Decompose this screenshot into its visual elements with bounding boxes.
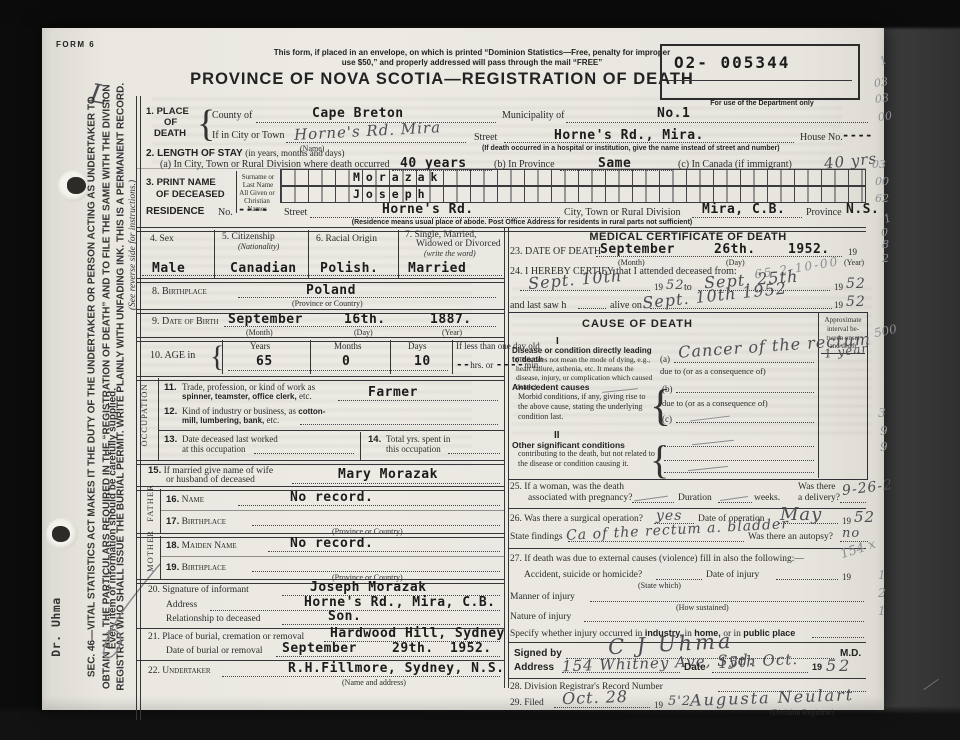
f4-title: Sex	[160, 234, 174, 244]
f9-no: 9.	[152, 316, 160, 327]
f3-surname-label: Surname or Last Name	[240, 173, 276, 189]
f10-hrs-label: hrs. or	[470, 360, 493, 370]
f8-title: Birthplace	[162, 286, 207, 297]
f20-address: Horne's Rd., Mira, C.B.	[304, 595, 496, 610]
f9-month: September	[228, 312, 303, 327]
f29-label: 29. Filed	[510, 698, 544, 708]
department-note: For use of the Department only	[682, 100, 842, 107]
f25-line1: If a woman, was the death	[524, 482, 624, 492]
f3-street-label: Street	[284, 207, 307, 218]
f29-date-handwritten: Oct. 28	[562, 687, 629, 708]
f1-house-value: ----	[842, 128, 873, 142]
f2-title: LENGTH OF STAY	[157, 148, 242, 159]
f1-municipality-label: Municipality of	[502, 110, 565, 121]
f25-label1: 25. If a woman, was the death	[510, 482, 624, 492]
f25-duration-label: Duration	[678, 493, 712, 503]
f11-line2: spinner, teamster, office clerk, etc.	[182, 391, 312, 401]
f5-note: (Nationality)	[238, 242, 279, 251]
f3-no: 3.	[146, 177, 154, 188]
f11-line2-bold: spinner, teamster, office clerk,	[182, 392, 297, 401]
rule	[508, 678, 866, 679]
cod-other-line3	[664, 472, 814, 473]
margin-code: 9	[880, 440, 888, 454]
f22-line	[222, 676, 500, 677]
margin-code: 1	[882, 211, 893, 226]
margin-code: 500	[873, 322, 898, 340]
cod-c-line	[676, 422, 814, 423]
f26-autopsy-handwritten: no	[842, 526, 860, 541]
cod-other-note: contributing to the death, but not relat…	[518, 449, 660, 469]
cod-other-line2	[664, 460, 814, 461]
margin-code: 2	[878, 586, 886, 600]
f11-no: 11.	[164, 382, 177, 393]
signed-date-line	[712, 672, 808, 673]
margin-code: 03	[872, 158, 886, 171]
f27-no: 27.	[510, 554, 522, 564]
punch-hole	[46, 518, 78, 550]
serial-number: O2- 005344	[674, 53, 790, 72]
f21-no: 21.	[148, 632, 160, 642]
f4-value: Male	[152, 261, 185, 276]
f24-last-label2: alive on	[610, 300, 642, 311]
background-scratch	[923, 679, 938, 690]
f21-date-label: Date of burial or removal	[166, 646, 263, 656]
f3-residence-note: (Residence means usual place of abode. P…	[282, 219, 762, 226]
f9-label: 9. Date of Birth	[152, 316, 219, 327]
f27-specify-line	[812, 637, 864, 638]
f25-delivery-handwritten: 9-26-2	[841, 477, 894, 499]
f22-value: R.H.Fillmore, Sydney, N.S.	[288, 661, 505, 676]
f3-resno-label: No.	[218, 207, 233, 218]
cod-antecedent-note: Morbid conditions, if any, giving rise t…	[518, 392, 656, 422]
f23-label: 23. DATE OF DEATH	[510, 246, 601, 257]
f17-title: Birthplace	[182, 517, 226, 527]
f9-title: Date of Birth	[162, 316, 219, 327]
section-divider	[136, 278, 504, 283]
f18-label: 18. Maiden Name	[166, 540, 237, 551]
f16-line	[238, 505, 500, 506]
f18-value: No record.	[290, 536, 373, 551]
f9-day: 16th.	[344, 312, 386, 327]
f20-address-label: Address	[166, 600, 197, 610]
f28-no: 28.	[510, 682, 522, 692]
cod-other-line1	[664, 446, 814, 447]
margin-code: 03	[874, 91, 890, 106]
cod-b-label: (b)	[662, 384, 673, 394]
f21-label: 21. Place of burial, cremation or remova…	[148, 632, 304, 642]
f23-19: 19	[848, 247, 857, 257]
cell-divider	[390, 340, 391, 374]
f3-street-line	[310, 217, 560, 218]
f20-rel-line	[282, 624, 500, 625]
cod-antecedent-label: Antecedent causes	[512, 382, 589, 392]
f27-manner-line	[590, 601, 864, 602]
f1-city-label: If in City or Town	[212, 130, 284, 141]
f13-line2: at this occupation	[182, 444, 245, 454]
margin-code: 3	[878, 406, 886, 420]
f29-registrar-signature: Augusta Neulart	[690, 685, 855, 710]
f10-months-label: Months	[334, 341, 362, 351]
f16-value: No record.	[290, 490, 373, 505]
f19-title: Birthplace	[182, 563, 226, 573]
f24-y3: 19	[834, 300, 843, 310]
f17-line	[252, 525, 500, 526]
f16-no: 16.	[166, 494, 179, 505]
f26-autopsy-label: Was there an autopsy?	[748, 532, 833, 542]
f5-no: 5.	[222, 232, 229, 242]
f24-y2v: 52	[846, 276, 866, 292]
f4-label: 4. Sex	[150, 234, 174, 244]
margin-code: 1	[878, 53, 890, 68]
f9-line	[224, 326, 496, 327]
f9-year-note: (Year)	[442, 328, 462, 337]
f25-delivery-label1: Was there	[798, 482, 835, 492]
f3-province-label: Province	[806, 207, 842, 218]
f1-label2: OF	[164, 117, 177, 128]
f11-line	[338, 400, 498, 401]
f8-no: 8.	[152, 286, 160, 297]
f23-year-note: (Year)	[844, 258, 864, 267]
f13-line	[254, 453, 354, 454]
signed-label: Signed by	[514, 648, 562, 659]
f10-underline	[228, 370, 448, 371]
f26-title: Was there a surgical operation?	[524, 514, 643, 524]
f21-date-month: September	[282, 641, 357, 656]
f23-day: 26th.	[714, 242, 756, 257]
f9-month-note: (Month)	[246, 328, 273, 337]
f10-title: AGE in	[164, 350, 195, 361]
f1-street-label: Street	[474, 132, 497, 143]
f23-year: 1952.	[788, 242, 830, 257]
section-divider	[136, 460, 504, 465]
f21-date-year: 1952.	[450, 641, 492, 656]
f1-number-label: 1. PLACE	[146, 106, 189, 117]
f26-year-handwritten: 52	[854, 508, 875, 526]
f1-no: 1.	[146, 106, 154, 117]
f5-value: Canadian	[230, 261, 297, 276]
f10-days-label: Days	[408, 341, 427, 351]
f8-label: 8. Birthplace	[152, 286, 207, 297]
f26-findings-label: State findings	[510, 532, 563, 542]
f6-label: 6. Racial Origin	[316, 234, 377, 244]
f10-years: 65	[256, 354, 273, 369]
f3-province-value: N.S.	[846, 202, 879, 217]
f3-title1: PRINT NAME	[157, 177, 216, 188]
f12-line1-bold: cotton-	[298, 407, 325, 416]
father-inner-border	[160, 489, 161, 533]
f10-label: 10. AGE in	[150, 350, 195, 361]
f14-line2: this occupation	[386, 444, 441, 454]
f5-title: Citizenship	[232, 232, 275, 242]
f4-no: 4.	[150, 234, 157, 244]
f22-title: Undertaker	[162, 666, 210, 676]
mother-inner-border	[160, 536, 161, 580]
cod-due1: due to (or as a consequence of)	[660, 366, 766, 376]
f8-value: Poland	[306, 283, 356, 298]
f20-title: Signature of informant	[162, 585, 249, 595]
f24-y3v: 52	[846, 294, 866, 310]
margin-code: 1	[878, 604, 886, 618]
cell-divider	[452, 340, 453, 374]
f12-line2-bold: mill, lumbering, bank,	[182, 416, 264, 425]
rule	[158, 430, 504, 431]
f20-rel-label: Relationship to deceased	[166, 614, 260, 624]
f21-value: Hardwood Hill, Sydney	[330, 626, 505, 641]
f10-years-label: Years	[250, 341, 270, 351]
margin-code: 2	[882, 252, 889, 265]
values-underline	[142, 275, 502, 276]
cod-due2: due to (or as a consequence of)	[662, 398, 768, 408]
f2-no: 2.	[146, 148, 154, 159]
f25-line-b	[718, 502, 752, 503]
section-divider	[136, 376, 504, 381]
f29-19: 19	[654, 700, 663, 710]
f1-municipality-line	[566, 122, 868, 123]
f14-no: 14.	[368, 434, 381, 445]
signed-19: 19	[812, 662, 822, 672]
f27-state-note: (State which)	[638, 581, 681, 590]
f13-no: 13.	[164, 434, 177, 445]
doctor-margin-note: Dr. Uhma	[49, 582, 63, 672]
cod-a-line	[674, 362, 814, 363]
pencil-dash	[720, 496, 748, 501]
f15-value: Mary Morazak	[338, 467, 438, 482]
signed-year-handwritten: 52	[826, 656, 852, 675]
f1-label1: PLACE	[157, 106, 189, 117]
f27-sp6: public place	[743, 628, 795, 638]
f19-line	[252, 571, 500, 572]
f1-street-value: Horne's Rd., Mira.	[554, 128, 704, 143]
mother-side-label: MOTHER	[145, 521, 155, 581]
rule	[160, 510, 504, 511]
cell-divider	[214, 230, 215, 278]
f3-surname-label2: Last Name	[240, 181, 276, 189]
f3-surname-label1: Surname or	[240, 173, 276, 181]
pencil-dash	[634, 496, 668, 502]
f9-day-note: (Day)	[354, 328, 373, 337]
document-page: FORM 6 L SEC. 46—VITAL STATISTICS ACT MA…	[42, 28, 884, 710]
f3-surname-value: Morazak	[281, 170, 865, 185]
cod-c-label: (c)	[662, 414, 672, 424]
f8-note: (Province or Country)	[292, 299, 363, 308]
f27-accident-label: Accident, suicide or homicide?	[524, 570, 642, 580]
f21-date-day: 29th.	[392, 641, 434, 656]
f25-label2: associated with pregnancy?	[528, 493, 632, 503]
f14-line1: Total yrs. spent in	[386, 434, 450, 444]
f11-value: Farmer	[368, 385, 418, 400]
f29-note: (Division Registrar)	[770, 708, 834, 717]
f9-year: 1887.	[430, 312, 472, 327]
f3-label2: OF DECEASED	[142, 188, 236, 200]
cell-divider	[360, 432, 361, 460]
f12-no: 12.	[164, 406, 177, 417]
rule	[508, 548, 866, 549]
f19-label: 19. Birthplace	[166, 562, 226, 573]
f6-title: Racial Origin	[326, 234, 377, 244]
f3-city-label: City, Town or Rural Division	[564, 207, 681, 218]
f10-no: 10.	[150, 350, 163, 361]
f5-label: 5. Citizenship	[222, 232, 275, 242]
f23-no: 23.	[510, 246, 523, 257]
f3-label1: 3. PRINT NAME	[142, 171, 236, 188]
f6-no: 6.	[316, 234, 323, 244]
f27-nature-label: Nature of injury	[510, 612, 571, 622]
f15-line	[292, 483, 500, 484]
f7-value: Married	[408, 261, 466, 276]
serial-stamp-box: O2- 005344	[660, 44, 860, 100]
f16-title: Name	[182, 495, 204, 505]
margin-code: 00	[877, 109, 893, 124]
f17-label: 17. Birthplace	[166, 516, 226, 527]
f27-title: If death was due to external causes (vio…	[524, 554, 804, 564]
f8-line	[238, 297, 496, 298]
cell-divider	[398, 230, 399, 278]
f22-label: 22. Undertaker	[148, 666, 211, 676]
f22-note: (Name and address)	[342, 678, 406, 687]
f12-line2: mill, lumbering, bank, etc.	[182, 415, 279, 425]
f7-note: (write the word)	[424, 249, 476, 258]
f27-19: 19	[842, 572, 851, 582]
stamp-inner-rule	[668, 80, 852, 81]
f7-label2: Widowed or Divorced	[416, 239, 501, 249]
f26-19: 19	[842, 516, 851, 526]
form-title: PROVINCE OF NOVA SCOTIA—REGISTRATION OF …	[162, 70, 722, 89]
f25-no: 25.	[510, 482, 522, 492]
f11-line2-etc: etc.	[299, 391, 312, 401]
rule	[160, 556, 504, 557]
margin-code: 00	[875, 175, 889, 188]
f1-county-value: Cape Breton	[312, 106, 404, 121]
occupation-side-label: OCCUPATION	[139, 375, 149, 455]
f18-no: 18.	[166, 540, 179, 551]
f1-hospital-note: (If death occurred in a hospital or inst…	[482, 145, 872, 152]
f3-residence-label: RESIDENCE	[146, 206, 204, 217]
f23-line	[596, 256, 842, 257]
f26-label: 26. Was there a surgical operation?	[510, 514, 643, 524]
f27-manner-label: Manner of injury	[510, 592, 575, 602]
punch-hole-center	[67, 177, 86, 194]
f27-nature-line	[584, 621, 864, 622]
f25-weeks-label: weeks.	[754, 493, 780, 503]
f24-no: 24.	[510, 266, 523, 277]
f10-days: 10	[414, 354, 431, 369]
cod-title: CAUSE OF DEATH	[582, 318, 693, 330]
f29-no: 29.	[510, 698, 522, 708]
f24-last-label1: and last saw h	[510, 300, 566, 311]
f25-line-a	[632, 502, 674, 503]
form-number: FORM 6	[56, 40, 95, 49]
f22-no: 22.	[148, 666, 160, 676]
f3-given-grid: Joseph	[280, 186, 866, 203]
f27-accident-line	[656, 579, 702, 580]
f29-title: Filed	[524, 698, 544, 708]
f24-y2: 19	[834, 282, 843, 292]
f15-label2: or husband of deceased	[166, 475, 255, 485]
occupation-inner-border	[158, 378, 159, 460]
f18-title: Maiden Name	[182, 541, 237, 551]
f6-value: Polish.	[320, 261, 378, 276]
f1-label3: DEATH	[154, 128, 186, 139]
signed-date-handwritten: 15th Oct.	[718, 650, 799, 672]
margin-code: 8	[882, 238, 889, 251]
punch-hole-center	[52, 526, 70, 542]
f12-line2-etc: etc.	[266, 415, 279, 425]
f19-no: 19.	[166, 562, 179, 573]
f25-line-c	[840, 502, 866, 503]
scanned-death-registration: { "header": { "form_no": "FORM 6", "noti…	[0, 0, 960, 740]
f2-label-note: (in years, months and days)	[245, 148, 344, 158]
f14-line	[448, 453, 500, 454]
f20-rel: Son.	[328, 609, 361, 624]
f3-resno-value: ----	[238, 202, 269, 216]
f3-city-line	[692, 217, 802, 218]
f2-label: 2. LENGTH OF STAY (in years, months and …	[146, 148, 345, 159]
f20-label: 20. Signature of informant	[148, 585, 249, 595]
f1-county-label: County of	[212, 110, 252, 121]
f1-house-label: House No.	[800, 132, 843, 143]
margin-code: 03	[873, 75, 889, 90]
margin-code: 1	[878, 568, 886, 582]
margin-code: 9	[880, 424, 888, 438]
cod-b-line	[676, 392, 814, 393]
f24-h-line	[578, 308, 606, 309]
cell-divider	[308, 230, 309, 278]
f13-line1: Date deceased last worked	[182, 434, 278, 444]
f3-given-label1: All Given or	[236, 189, 278, 197]
f3-given-value: Joseph	[281, 187, 865, 202]
f3-city-value: Mira, C.B.	[702, 202, 785, 217]
signed-address-label: Address	[514, 662, 554, 673]
f3-street-value: Horne's Rd.	[382, 202, 474, 217]
cell-divider	[222, 340, 223, 374]
f27-injury-line	[776, 579, 838, 580]
signed-date-label: Date	[684, 662, 706, 673]
f29-year-handwritten: 5'2	[668, 694, 691, 709]
f3-surname-grid: Morazak	[280, 169, 866, 186]
f16-label: 16. Name	[166, 494, 204, 505]
section-divider	[136, 337, 504, 342]
f23-title: DATE OF DEATH	[525, 246, 601, 257]
f1-municipality-value: No.1	[657, 106, 690, 121]
f12-line	[300, 424, 498, 425]
cod-a-label: (a)	[660, 354, 670, 364]
f10-months: 0	[342, 354, 350, 369]
f27-injury-label: Date of injury	[706, 570, 759, 580]
f27-label: 27. If death was due to external causes …	[510, 554, 804, 564]
f7-no: 7.	[405, 230, 412, 240]
f18-line	[268, 551, 500, 552]
f23-month: September	[600, 242, 675, 257]
f10-hrs: --	[456, 358, 470, 371]
cell-divider	[310, 340, 311, 374]
f25-delivery-label2: a delivery?	[798, 493, 840, 503]
f21-date-line	[276, 656, 500, 657]
f17-no: 17.	[166, 516, 179, 527]
f27-how-note: (How sustained)	[676, 603, 729, 612]
f20-value: Joseph Morazak	[310, 580, 427, 595]
f26-no: 26.	[510, 514, 522, 524]
f20-no: 20.	[148, 585, 160, 595]
